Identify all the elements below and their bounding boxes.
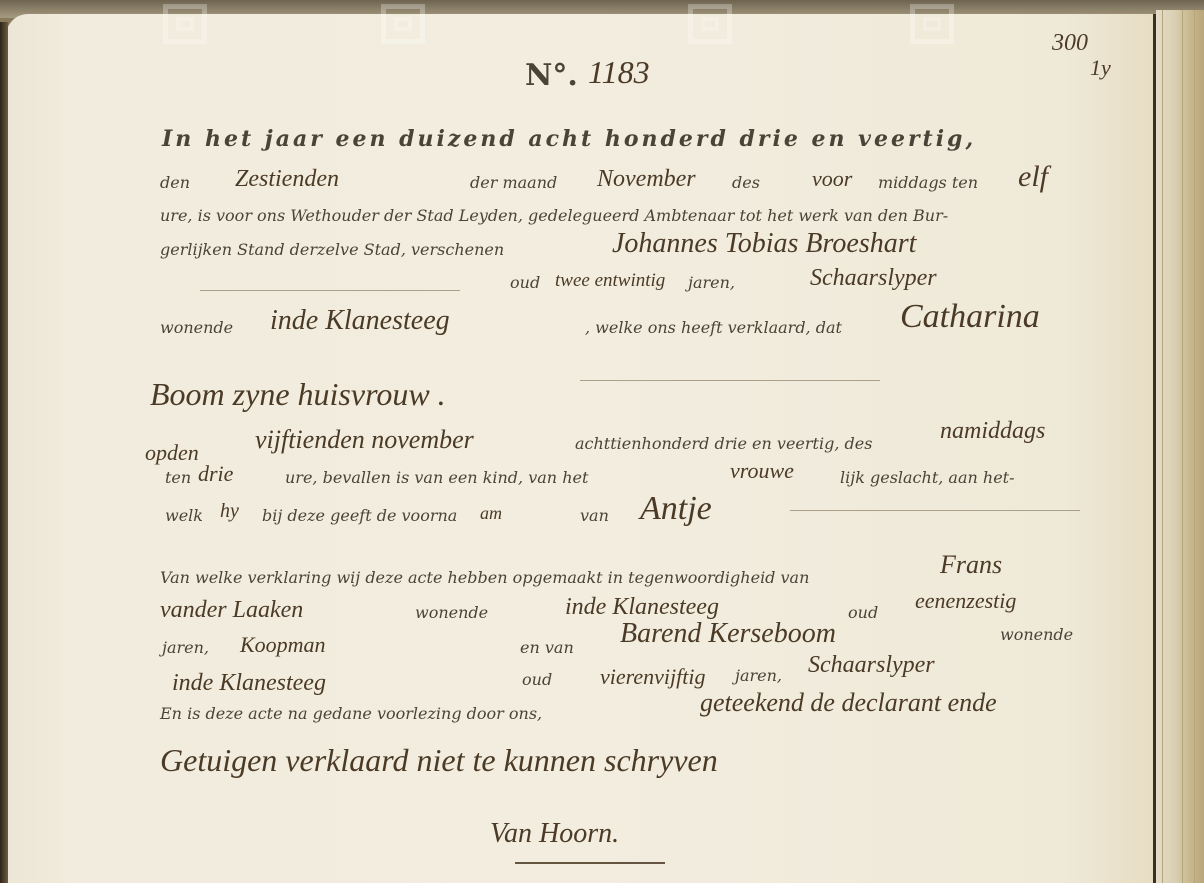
blank-rule	[790, 510, 1080, 511]
record-number-label: N°.	[525, 58, 578, 93]
label-van: van	[580, 506, 609, 525]
label-wonende-2: wonende	[415, 603, 488, 622]
witness-1-age: eenenzestig	[915, 588, 1016, 614]
page-number: 300	[1052, 30, 1088, 57]
voor-field: voor	[812, 166, 852, 192]
printed-line-6: , welke ons heeft verklaard, dat	[585, 318, 842, 337]
label-oud-3: oud	[522, 670, 552, 689]
father-name: Johannes Tobias Broeshart	[612, 228, 916, 260]
witness-2-address: inde Klanesteeg	[172, 670, 326, 697]
printed-line-8: achttienhonderd drie en veertig, des	[575, 434, 872, 453]
witness-2-name: Barend Kerseboom	[620, 618, 836, 650]
label-wonende-3: wonende	[1000, 625, 1073, 644]
father-address: inde Klanesteeg	[270, 305, 450, 337]
official-signature: Van Hoorn.	[490, 818, 619, 850]
birth-date: vijftienden november	[255, 425, 474, 455]
label-der-maand: der maand	[470, 173, 557, 192]
record-number: 1183	[588, 54, 650, 91]
label-middags-ten: middags ten	[878, 173, 978, 192]
birth-time-of-day: namiddags	[940, 418, 1045, 445]
birth-hour: drie	[198, 461, 233, 487]
label-oud: oud	[510, 273, 540, 292]
child-name: Antje	[640, 490, 712, 528]
watermark-icon	[163, 4, 207, 44]
mother-surname-line: Boom zyne huisvrouw .	[150, 376, 446, 413]
witness-1-occupation: Koopman	[240, 632, 326, 658]
label-wonende: wonende	[160, 318, 233, 337]
pronoun-field: hy	[220, 500, 239, 523]
watermark-icon	[688, 4, 732, 44]
printed-line-10: bij deze geeft de voorna	[262, 506, 457, 525]
am-field: am	[480, 503, 502, 524]
watermark-icon	[910, 4, 954, 44]
intro-line: In het jaar een duizend acht honderd dri…	[162, 126, 976, 152]
witness-1-first-name: Frans	[940, 550, 1002, 580]
watermark-icon	[381, 4, 425, 44]
witness-2-occupation: Schaarslyper	[808, 652, 935, 679]
label-jaren-2: jaren,	[162, 638, 209, 657]
page-left-edge	[0, 22, 8, 883]
mother-first-name: Catharina	[900, 298, 1040, 336]
label-opden: opden	[145, 440, 199, 466]
signature-underline	[515, 862, 665, 864]
label-jaren-3: jaren,	[735, 666, 782, 685]
page-stack-right	[1156, 10, 1204, 883]
page-annotation: 1y	[1090, 55, 1111, 81]
signing-note: geteekend de declarant ende	[700, 688, 997, 718]
child-sex: vrouwe	[730, 458, 794, 484]
blank-rule	[580, 380, 880, 381]
witness-statement: Getuigen verklaard niet te kunnen schryv…	[160, 742, 718, 779]
printed-line-4: gerlijken Stand derzelve Stad, verschene…	[160, 240, 504, 259]
blank-rule	[200, 290, 460, 291]
label-oud-2: oud	[848, 603, 878, 622]
witness-2-age: vierenvijftig	[600, 664, 705, 690]
label-welk: welk	[165, 506, 203, 525]
month-field: November	[597, 166, 696, 193]
hour-field: elf	[1018, 160, 1048, 194]
label-ten: ten	[165, 468, 191, 487]
witness-1-surname: vander Laaken	[160, 597, 303, 624]
printed-line-9b: lijk geslacht, aan het-	[840, 468, 1015, 487]
printed-line-9a: ure, bevallen is van een kind, van het	[285, 468, 588, 487]
printed-line-3: ure, is voor ons Wethouder der Stad Leyd…	[160, 206, 948, 225]
printed-line-11: Van welke verklaring wij deze acte hebbe…	[160, 568, 809, 587]
printed-line-15: En is deze acte na gedane voorlezing doo…	[160, 704, 542, 723]
father-occupation: Schaarslyper	[810, 265, 937, 292]
day-field: Zestienden	[235, 166, 339, 193]
label-en-van: en van	[520, 638, 574, 657]
label-des: des	[732, 173, 760, 192]
father-age: twee entwintig	[555, 270, 665, 292]
witness-1-address: inde Klanesteeg	[565, 594, 719, 621]
label-den: den	[160, 173, 190, 192]
label-jaren: jaren,	[688, 273, 735, 292]
